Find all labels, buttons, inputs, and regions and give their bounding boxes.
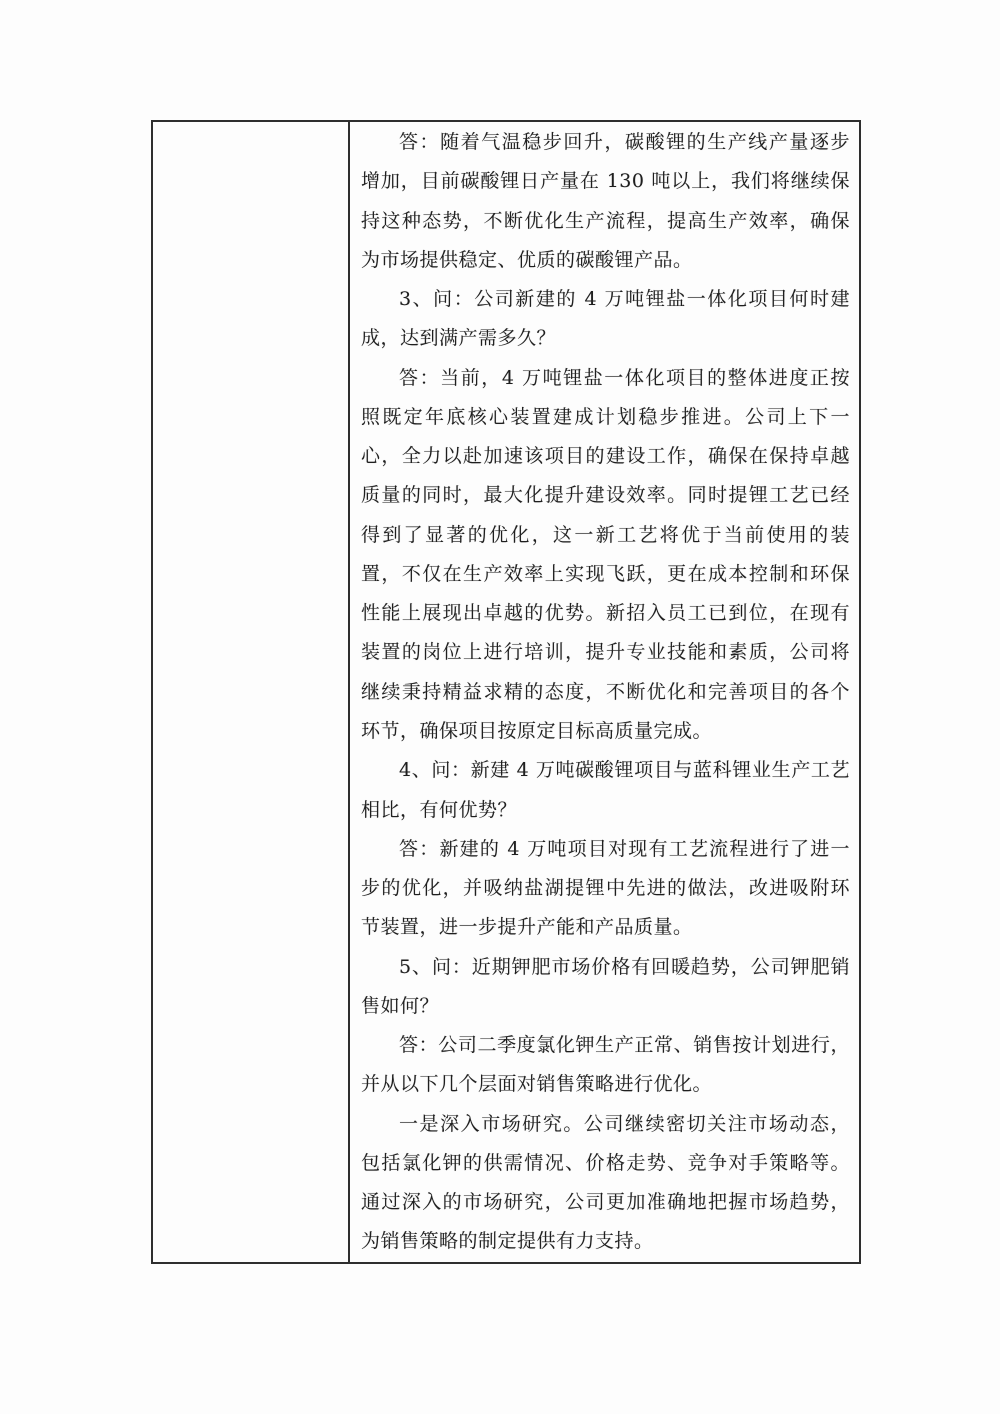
text-line: 心，全力以赴加速该项目的建设工作，确保在保持卓越 [361, 437, 850, 476]
text-line: 装置的岗位上进行培训，提升专业技能和素质，公司将 [361, 633, 850, 672]
qa-paragraphs: 答：随着气温稳步回升，碳酸锂的生产线产量逐步增加，目前碳酸锂日产量在 130 吨… [361, 123, 850, 1262]
text-line: 质量的同时，最大化提升建设效率。同时提锂工艺已经 [361, 476, 850, 515]
text-line: 成，达到满产需多久？ [361, 319, 850, 358]
qa-table: 答：随着气温稳步回升，碳酸锂的生产线产量逐步增加，目前碳酸锂日产量在 130 吨… [151, 120, 861, 1264]
text-line: 答：随着气温稳步回升，碳酸锂的生产线产量逐步 [361, 123, 850, 162]
text-line: 3、问：公司新建的 4 万吨锂盐一体化项目何时建 [361, 280, 850, 319]
text-line: 答：当前，4 万吨锂盐一体化项目的整体进度正按 [361, 359, 850, 398]
text-line: 售如何？ [361, 987, 850, 1026]
text-line: 照既定年底核心装置建成计划稳步推进。公司上下一 [361, 398, 850, 437]
text-line: 答：公司二季度氯化钾生产正常、销售按计划进行， [361, 1026, 850, 1065]
text-line: 4、问：新建 4 万吨碳酸锂项目与蓝科锂业生产工艺 [361, 751, 850, 790]
text-line: 步的优化，并吸纳盐湖提锂中先进的做法，改进吸附环 [361, 869, 850, 908]
text-line: 继续秉持精益求精的态度，不断优化和完善项目的各个 [361, 673, 850, 712]
text-line: 置，不仅在生产效率上实现飞跃，更在成本控制和环保 [361, 555, 850, 594]
text-line: 环节，确保项目按原定目标高质量完成。 [361, 712, 850, 751]
text-line: 持这种态势，不断优化生产流程，提高生产效率，确保 [361, 202, 850, 241]
text-line: 增加，目前碳酸锂日产量在 130 吨以上，我们将继续保 [361, 162, 850, 201]
text-line: 性能上展现出卓越的优势。新招入员工已到位，在现有 [361, 594, 850, 633]
text-line: 通过深入的市场研究，公司更加准确地把握市场趋势， [361, 1183, 850, 1222]
text-line: 为市场提供稳定、优质的碳酸锂产品。 [361, 241, 850, 280]
text-line: 相比，有何优势？ [361, 791, 850, 830]
text-line: 并从以下几个层面对销售策略进行优化。 [361, 1065, 850, 1104]
text-line: 答：新建的 4 万吨项目对现有工艺流程进行了进一 [361, 830, 850, 869]
text-line: 节装置，进一步提升产能和产品质量。 [361, 908, 850, 947]
table-cell-left-empty [153, 122, 350, 1262]
document-page: 答：随着气温稳步回升，碳酸锂的生产线产量逐步增加，目前碳酸锂日产量在 130 吨… [0, 0, 1000, 1414]
text-line: 为销售策略的制定提供有力支持。 [361, 1222, 850, 1261]
text-line: 得到了显著的优化，这一新工艺将优于当前使用的装 [361, 516, 850, 555]
text-line: 一是深入市场研究。公司继续密切关注市场动态， [361, 1105, 850, 1144]
text-line: 5、问：近期钾肥市场价格有回暖趋势，公司钾肥销 [361, 948, 850, 987]
text-line: 包括氯化钾的供需情况、价格走势、竞争对手策略等。 [361, 1144, 850, 1183]
table-cell-right: 答：随着气温稳步回升，碳酸锂的生产线产量逐步增加，目前碳酸锂日产量在 130 吨… [350, 122, 859, 1262]
